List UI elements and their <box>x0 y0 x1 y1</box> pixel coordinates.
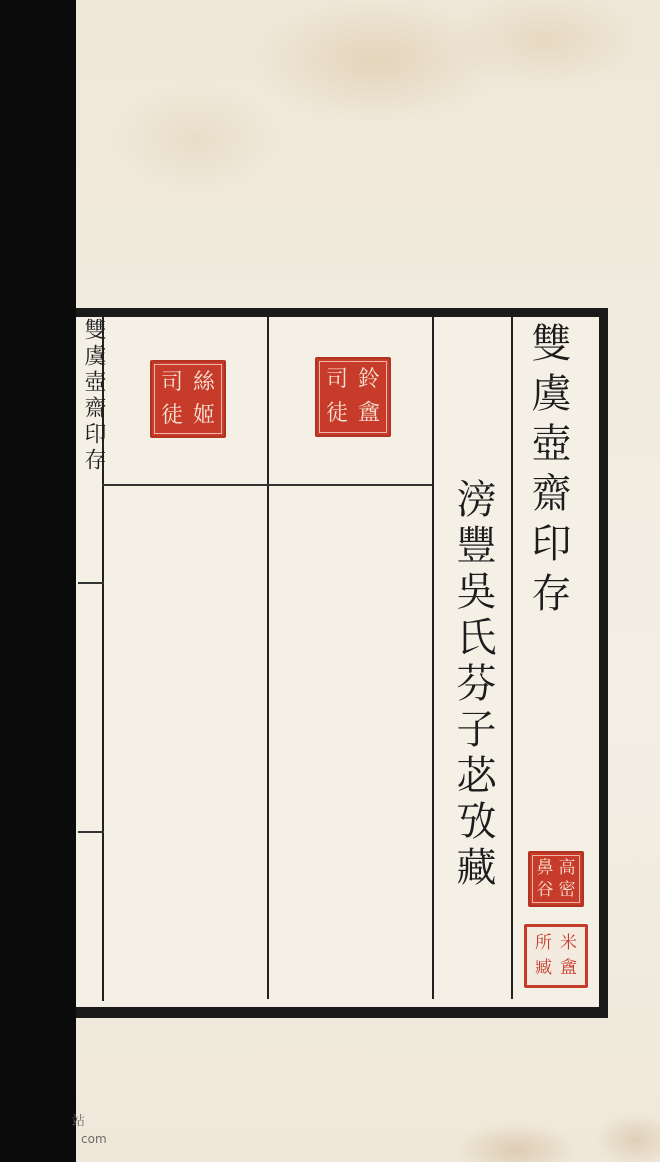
seal-char: 徒 <box>156 399 188 432</box>
spine-title-label: 雙虞壺齋印存 <box>78 318 109 474</box>
column-rule-3 <box>511 317 513 999</box>
column-rule-1 <box>267 317 269 999</box>
seal-right-lower: 米 所 盦 臧 <box>524 924 588 988</box>
spine-label-divider-top <box>78 582 104 584</box>
seal-char: 鈴 <box>353 363 385 397</box>
seal-char: 鼻 <box>534 857 556 879</box>
panel-divider-top <box>102 484 432 486</box>
seal-char: 姬 <box>188 399 220 432</box>
book-spine <box>0 0 76 1162</box>
seal-right-upper: 高 鼻 密 谷 <box>528 851 584 907</box>
seal-char: 谷 <box>534 879 556 901</box>
seal-char: 高 <box>556 857 578 879</box>
seal-left-panel: 絲 司 姬 徒 <box>150 360 226 438</box>
book-title: 雙虞壺齋印存 <box>520 322 577 622</box>
seal-char: 盦 <box>353 397 385 431</box>
watermark-line-2: com <box>81 1132 107 1146</box>
seal-char: 絲 <box>188 366 220 399</box>
collector-attribution: 滂豐吳氏芬子苾攷藏 <box>445 478 502 892</box>
seal-char: 盦 <box>556 956 581 981</box>
seal-middle-panel: 鈴 司 盦 徒 <box>315 357 391 437</box>
seal-char: 臧 <box>531 956 556 981</box>
spine-label-divider-bottom <box>78 831 104 833</box>
column-rule-2 <box>432 317 434 999</box>
watermark-line-1: 站 <box>72 1110 85 1129</box>
seal-char: 所 <box>531 931 556 956</box>
seal-char: 密 <box>556 879 578 901</box>
seal-char: 司 <box>321 363 353 397</box>
seal-char: 徒 <box>321 397 353 431</box>
seal-char: 米 <box>556 931 581 956</box>
seal-char: 司 <box>156 366 188 399</box>
